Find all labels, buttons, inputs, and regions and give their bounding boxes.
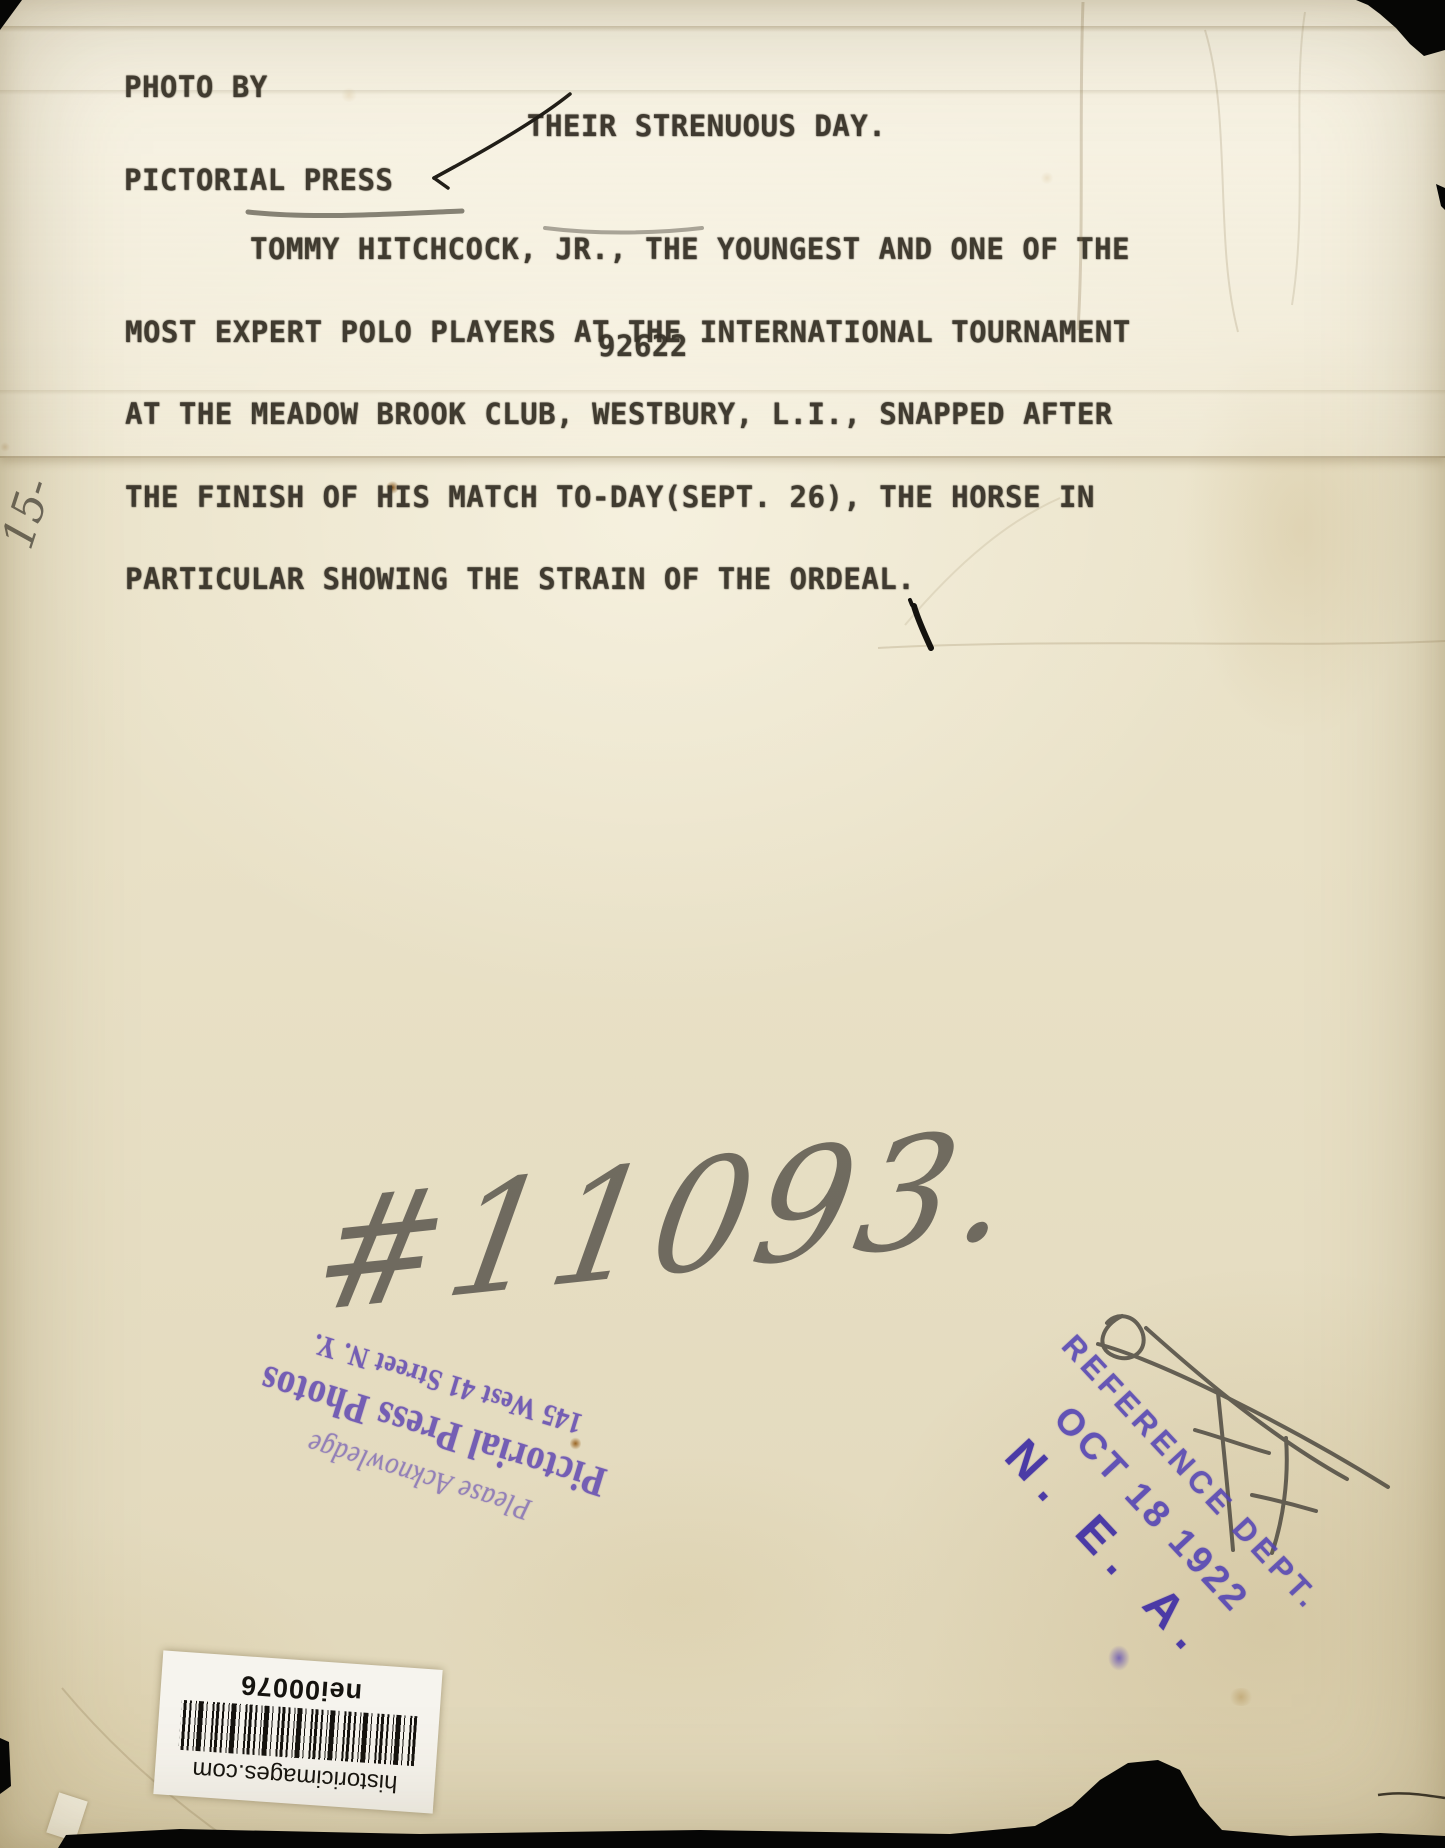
handwritten-catalog-number: #11093. <box>302 1093 1031 1348</box>
paper-crack <box>1378 1793 1445 1798</box>
reference-dept-stamp: REFERENCE DEPT. OCT 18 1922 N. E. A. <box>943 1301 1354 1724</box>
photo-credit-line1: PHOTO BY <box>124 72 393 103</box>
barcode-label-code: nei00076 <box>239 1670 363 1708</box>
caption-text: TOMMY HITCHCOCK, JR., THE YOUNGEST AND O… <box>125 181 1131 649</box>
caption-line: AT THE MEADOW BROOK CLUB, WESTBURY, L.I.… <box>125 401 1131 429</box>
photo-back-scan: PHOTO BY PICTORIAL PRESS THEIR STRENUOUS… <box>0 0 1445 1848</box>
caption-line: THE FINISH OF HIS MATCH TO-DAY(SEPT. 26)… <box>125 484 1131 512</box>
caption-line: TOMMY HITCHCOCK, JR., THE YOUNGEST AND O… <box>250 236 1131 264</box>
caption-line: PARTICULAR SHOWING THE STRAIN OF THE ORD… <box>125 566 1131 594</box>
caption-title: THEIR STRENUOUS DAY. <box>527 109 886 143</box>
stamp-ink-blot <box>1108 1645 1130 1671</box>
handwritten-price-note: 15- <box>0 472 63 555</box>
pictorial-press-stamp: Please Acknowledge Pictorial Press Photo… <box>221 1303 645 1558</box>
torn-paper-bit <box>46 1792 88 1841</box>
photo-number: 92622 <box>598 329 688 363</box>
barcode-label: historicimages.com nei00076 <box>153 1650 442 1813</box>
